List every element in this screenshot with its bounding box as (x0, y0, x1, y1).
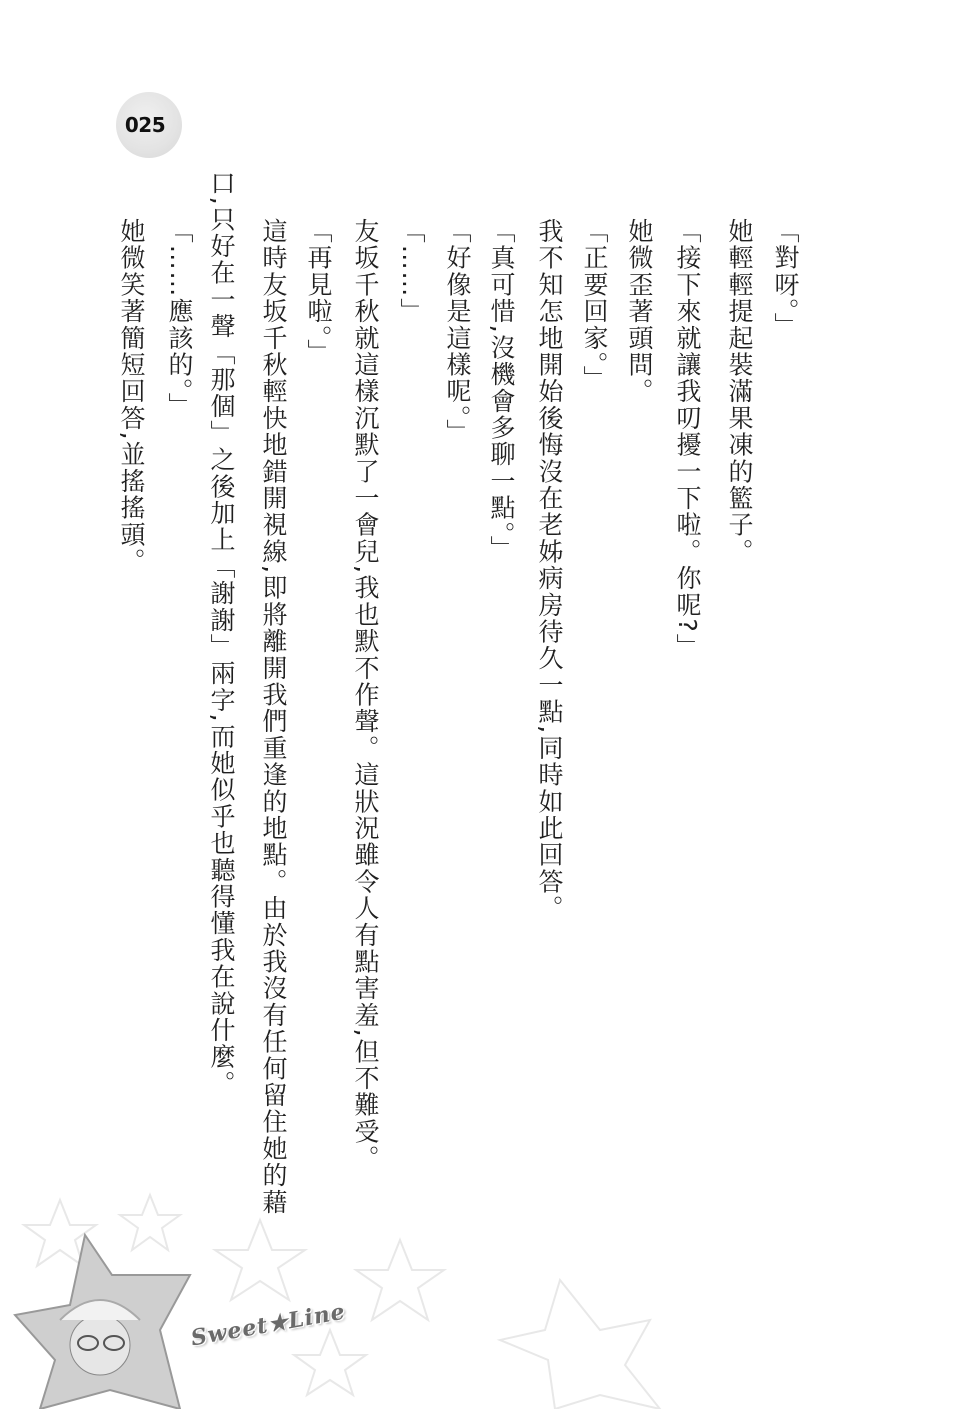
footer-decoration (0, 1180, 960, 1409)
text-column-5: 「正要回家。」 (579, 218, 609, 392)
text-column-7: 「真可惜,沒機會多聊一點。」 (486, 218, 516, 562)
text-column-1: 「對呀。」 (770, 218, 800, 339)
page-number-badge: 025 (116, 92, 182, 158)
background-stars-icon (0, 1180, 960, 1409)
text-column-3: 「接下來就讓我叨擾一下啦。你呢?」 (672, 218, 702, 660)
page-number: 025 (125, 113, 165, 137)
text-column-6: 我不知怎地開始後悔沒在老姊病房待久一點,同時如此回答。 (534, 218, 564, 922)
text-column-2: 她輕輕提起裝滿果凍的籃子。 (724, 218, 754, 565)
text-column-13: 口,只好在一聲「那個」之後加上「謝謝」兩字,而她似乎也聽得懂我在說什麼。 (206, 170, 236, 1097)
text-column-10: 友坂千秋就這樣沉默了一會兒,我也默不作聲。這狀況雖令人有點害羞,但不難受。 (350, 218, 380, 1172)
text-column-15: 她微笑著簡短回答,並搖搖頭。 (116, 218, 146, 575)
text-column-9: 「……」 (396, 218, 426, 325)
text-column-12: 這時友坂千秋輕快地錯開視線,即將離開我們重逢的地點。由於我沒有任何留住她的藉 (258, 218, 288, 1216)
text-column-11: 「再見啦。」 (303, 218, 333, 366)
text-column-14: 「……應該的。」 (164, 218, 194, 419)
text-column-4: 她微歪著頭問。 (624, 218, 654, 405)
text-column-8: 「好像是這樣呢。」 (442, 218, 472, 446)
